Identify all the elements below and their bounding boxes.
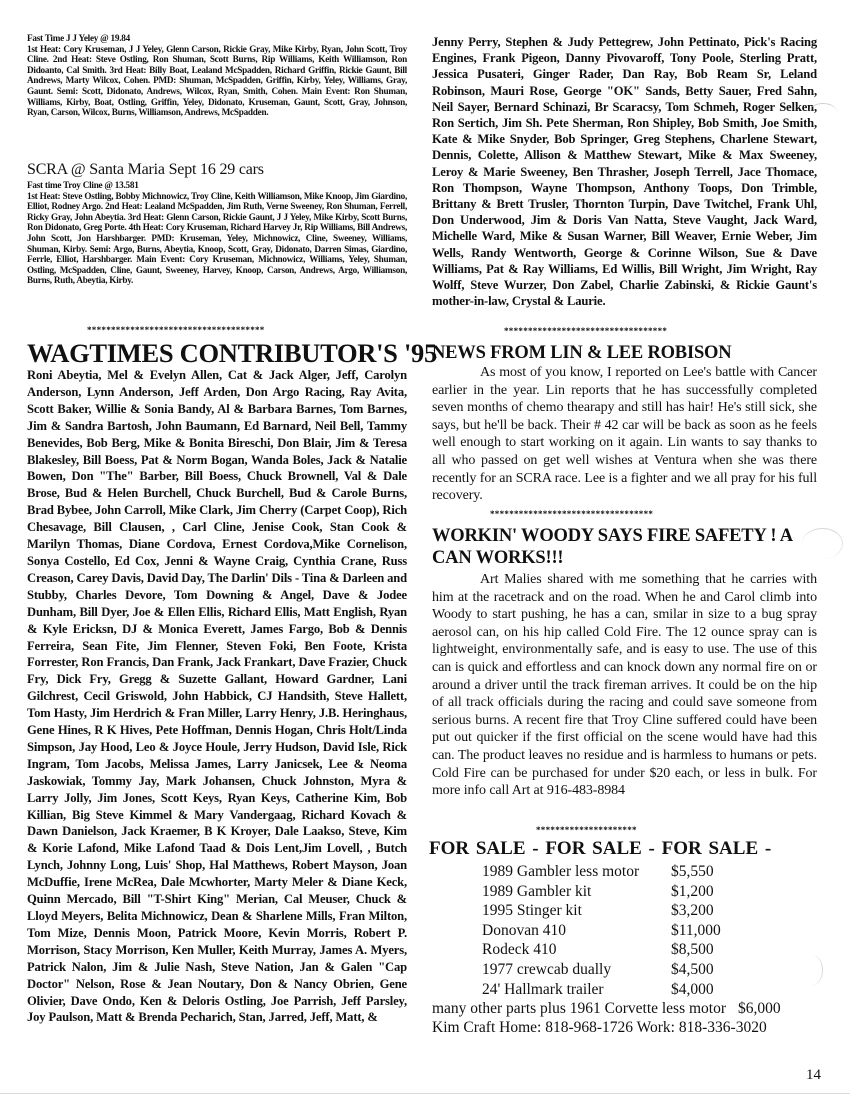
paper-tear-mark [802, 955, 823, 985]
race-results-2-text: 1st Heat: Steve Ostling, Bobby Michnowic… [27, 191, 407, 286]
paper-tear-mark [808, 103, 838, 124]
sale-extra-item: many other parts plus 1961 Corvette less… [432, 1000, 726, 1017]
news-robison-body: As most of you know, I reported on Lee's… [432, 364, 817, 505]
sale-item: 1989 Gambler kit [482, 882, 671, 902]
contributors-list-left: Roni Abeytia, Mel & Evelyn Allen, Cat & … [27, 367, 407, 1026]
race-results-1-text: 1st Heat: Cory Kruseman, J J Yeley, Glen… [27, 44, 407, 118]
sale-item: Donovan 410 [482, 921, 671, 941]
fire-safety-title: WORKIN' WOODY SAYS FIRE SAFETY ! A CAN W… [432, 525, 822, 569]
fire-safety-text: Art Malies shared with me something that… [432, 572, 817, 798]
sale-contact: Kim Craft Home: 818-968-1726 Work: 818-3… [432, 1019, 767, 1037]
sale-item: 1995 Stinger kit [482, 901, 671, 921]
sale-item: 24' Hallmark trailer [482, 980, 671, 1000]
sale-row: 1989 Gambler kit$1,200 [482, 882, 721, 902]
separator: ********************************** [490, 509, 653, 519]
sale-row: Rodeck 410$8,500 [482, 940, 721, 960]
sale-price: $8,500 [671, 940, 714, 960]
page-number: 14 [806, 1067, 821, 1084]
race-results-2: Fast time Troy Cline @ 13.581 1st Heat: … [27, 180, 407, 286]
sale-row: 1977 crewcab dually$4,500 [482, 960, 721, 980]
sale-price: $11,000 [671, 921, 721, 941]
sale-price: $4,500 [671, 960, 714, 980]
sale-row: 24' Hallmark trailer$4,000 [482, 980, 721, 1000]
news-robison-title: NEWS FROM LIN & LEE ROBISON [432, 343, 731, 364]
fast-time-1: Fast Time J J Yeley @ 19.84 [27, 33, 407, 44]
news-robison-text: As most of you know, I reported on Lee's… [432, 365, 817, 503]
sale-row: Donovan 410$11,000 [482, 921, 721, 941]
sale-item: 1989 Gambler less motor [482, 862, 671, 882]
paper-tear-mark [802, 528, 843, 559]
sale-price: $1,200 [671, 882, 714, 902]
separator: ********************************** [504, 326, 667, 336]
separator: ************************************* [87, 325, 265, 335]
contributors-list-right: Jenny Perry, Stephen & Judy Pettegrew, J… [432, 34, 817, 309]
sale-item: Rodeck 410 [482, 940, 671, 960]
sale-row: 1989 Gambler less motor$5,550 [482, 862, 721, 882]
sale-extra: many other parts plus 1961 Corvette less… [432, 1000, 781, 1018]
fast-time-2: Fast time Troy Cline @ 13.581 [27, 180, 407, 191]
separator: ********************* [536, 825, 637, 835]
sale-extra-price: $6,000 [738, 1000, 781, 1017]
sale-row: 1995 Stinger kit$3,200 [482, 901, 721, 921]
race-results-1: Fast Time J J Yeley @ 19.84 1st Heat: Co… [27, 33, 407, 118]
sale-price: $3,200 [671, 901, 714, 921]
santa-maria-title: SCRA @ Santa Maria Sept 16 29 cars [27, 161, 264, 179]
sale-item: 1977 crewcab dually [482, 960, 671, 980]
fire-safety-body: Art Malies shared with me something that… [432, 571, 817, 800]
bottom-edge [0, 1093, 850, 1094]
for-sale-list: 1989 Gambler less motor$5,550 1989 Gambl… [482, 862, 721, 999]
sale-price: $4,000 [671, 980, 714, 1000]
sale-price: $5,550 [671, 862, 714, 882]
for-sale-title: FOR SALE - FOR SALE - FOR SALE - [429, 838, 771, 860]
contributors-title: WAGTIMES CONTRIBUTOR'S '95 [27, 338, 407, 369]
